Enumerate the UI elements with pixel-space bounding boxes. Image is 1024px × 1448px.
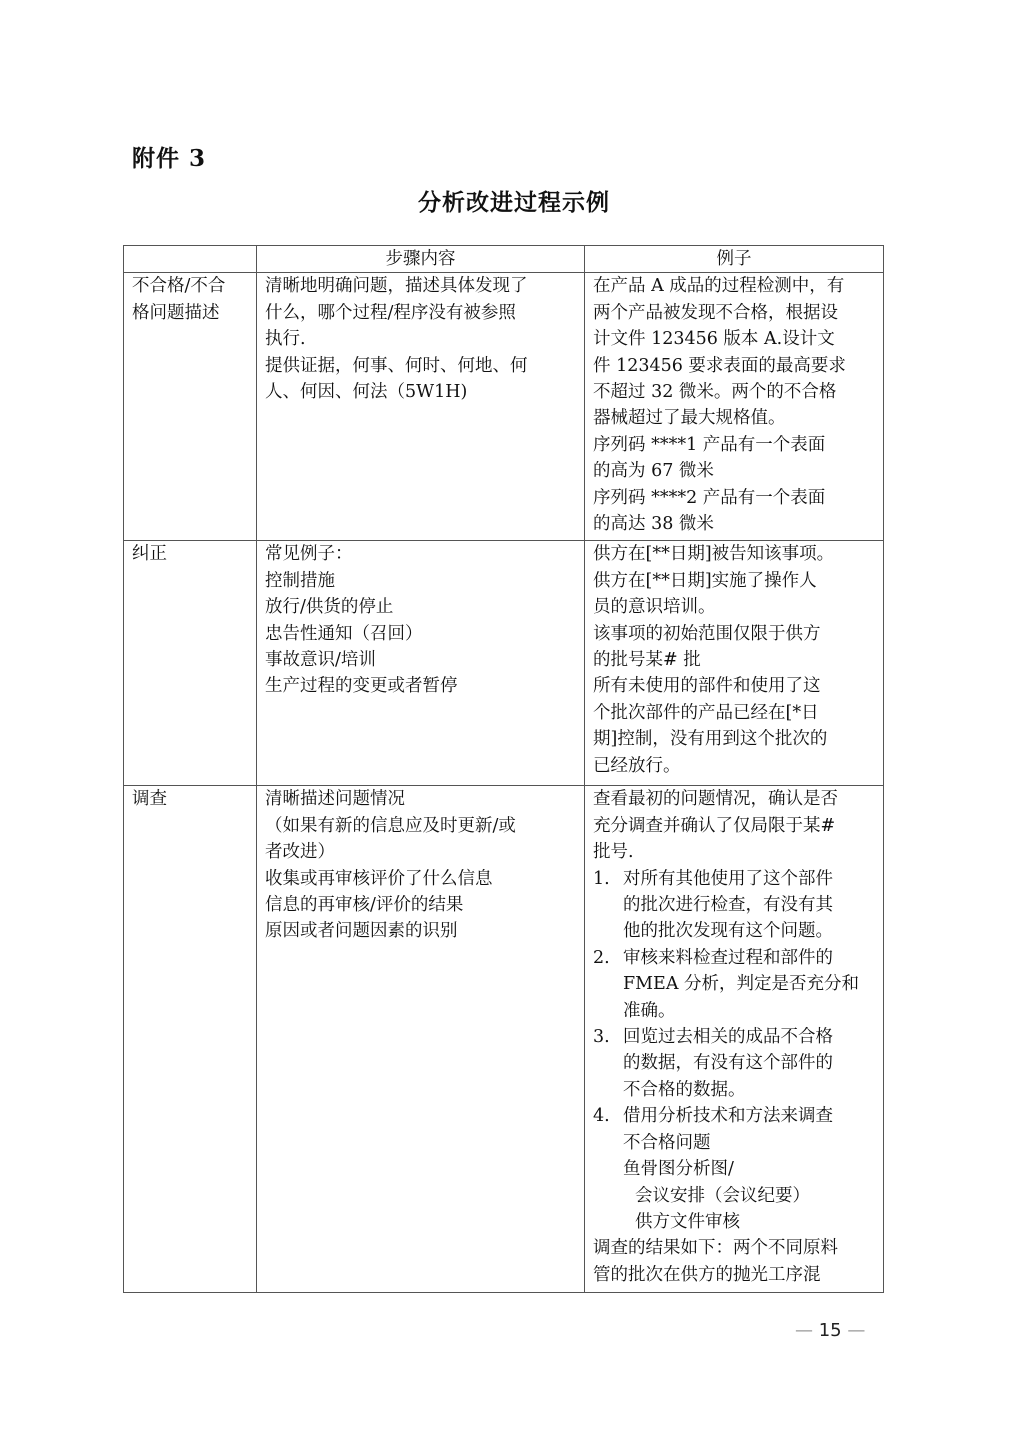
list-item-text: 对所有其他使用了这个部件 bbox=[623, 869, 833, 889]
example-line: 器械超过了最大规格值。 bbox=[593, 405, 875, 431]
content-line: 放行/供货的停止 bbox=[265, 594, 576, 620]
step-label-line: 纠正 bbox=[132, 541, 248, 567]
list-number: 1. bbox=[593, 866, 623, 892]
sub-item-text: 供方文件审核 bbox=[593, 1209, 875, 1235]
example-line: 不超过 32 微米。两个的不合格 bbox=[593, 379, 875, 405]
content-line: 什么，哪个过程/程序没有被参照 bbox=[265, 300, 576, 326]
list-item-text: 借用分析技术和方法来调查 bbox=[623, 1106, 833, 1126]
step-cell: 调查 bbox=[124, 786, 257, 1293]
table-row: 纠正 常见例子： 控制措施 放行/供货的停止 忠告性通知（召回） 事故意识/培训… bbox=[124, 541, 884, 786]
example-line: 充分调查并确认了仅局限于某# bbox=[593, 813, 875, 839]
content-line: 控制措施 bbox=[265, 568, 576, 594]
step-cell: 纠正 bbox=[124, 541, 257, 786]
content-line: 原因或者问题因素的识别 bbox=[265, 918, 576, 944]
list-item-text: 鱼骨图分析图/ bbox=[593, 1156, 875, 1182]
list-item-text: 他的批次发现有这个问题。 bbox=[593, 918, 875, 944]
table-row: 调查 清晰描述问题情况 （如果有新的信息应及时更新/或 者改进） 收集或再审核评… bbox=[124, 786, 884, 1293]
analysis-table: 步骤内容 例子 不合格/不合 格问题描述 清晰地明确问题，描述具体发现了 什么，… bbox=[123, 245, 884, 1293]
table-header-row: 步骤内容 例子 bbox=[124, 246, 884, 273]
page-number: — 15 — bbox=[795, 1320, 865, 1341]
content-cell: 常见例子： 控制措施 放行/供货的停止 忠告性通知（召回） 事故意识/培训 生产… bbox=[257, 541, 585, 786]
example-line: 个批次部件的产品已经在[*日 bbox=[593, 700, 875, 726]
content-line: 常见例子： bbox=[265, 541, 576, 567]
content-line: 执行. bbox=[265, 326, 576, 352]
document-title: 分析改进过程示例 bbox=[0, 184, 1024, 217]
example-cell: 供方在[**日期]被告知该事项。 供方在[**日期]实施了操作人 员的意识培训。… bbox=[585, 541, 884, 786]
example-line: 员的意识培训。 bbox=[593, 594, 875, 620]
content-line: 收集或再审核评价了什么信息 bbox=[265, 866, 576, 892]
column-header-content: 步骤内容 bbox=[257, 246, 585, 273]
example-line: 的高为 67 微米 bbox=[593, 458, 875, 484]
example-line: 供方在[**日期]实施了操作人 bbox=[593, 568, 875, 594]
step-label-line: 不合格/不合 bbox=[132, 273, 248, 299]
content-cell: 清晰描述问题情况 （如果有新的信息应及时更新/或 者改进） 收集或再审核评价了什… bbox=[257, 786, 585, 1293]
example-line: 查看最初的问题情况，确认是否 bbox=[593, 786, 875, 812]
content-line: 清晰地明确问题，描述具体发现了 bbox=[265, 273, 576, 299]
content-line: 者改进） bbox=[265, 839, 576, 865]
example-line: 所有未使用的部件和使用了这 bbox=[593, 673, 875, 699]
attachment-label: 附件 3 bbox=[132, 140, 206, 173]
list-number: 4. bbox=[593, 1103, 623, 1129]
table-row: 不合格/不合 格问题描述 清晰地明确问题，描述具体发现了 什么，哪个过程/程序没… bbox=[124, 273, 884, 541]
content-line: 信息的再审核/评价的结果 bbox=[265, 892, 576, 918]
example-line: 已经放行。 bbox=[593, 753, 875, 779]
example-line: 供方在[**日期]被告知该事项。 bbox=[593, 541, 875, 567]
step-cell: 不合格/不合 格问题描述 bbox=[124, 273, 257, 541]
list-item-text: 不合格的数据。 bbox=[593, 1077, 875, 1103]
content-line: 生产过程的变更或者暂停 bbox=[265, 673, 576, 699]
list-item-text: 的批次进行检查，有没有其 bbox=[593, 892, 875, 918]
column-header-example: 例子 bbox=[585, 246, 884, 273]
content-line: 提供证据，何事、何时、何地、何 bbox=[265, 353, 576, 379]
list-item-text: FMEA 分析，判定是否充分和 bbox=[593, 971, 875, 997]
step-label-line: 格问题描述 bbox=[132, 300, 248, 326]
example-line: 调查的结果如下：两个不同原料 bbox=[593, 1235, 875, 1261]
list-number: 2. bbox=[593, 945, 623, 971]
example-cell: 查看最初的问题情况，确认是否 充分调查并确认了仅局限于某# 批号. 1.对所有其… bbox=[585, 786, 884, 1293]
list-number: 3. bbox=[593, 1024, 623, 1050]
step-label-line: 调查 bbox=[132, 786, 248, 812]
list-item-text: 回览过去相关的成品不合格 bbox=[623, 1027, 833, 1047]
example-line: 期]控制，没有用到这个批次的 bbox=[593, 726, 875, 752]
page-dash-left: — bbox=[795, 1320, 813, 1341]
content-line: （如果有新的信息应及时更新/或 bbox=[265, 813, 576, 839]
example-line: 的高达 38 微米 bbox=[593, 511, 875, 537]
list-item-text: 不合格问题 bbox=[593, 1130, 875, 1156]
sub-item-text: 会议安排（会议纪要） bbox=[593, 1183, 875, 1209]
numbered-list-item: 2.审核来料检查过程和部件的 FMEA 分析，判定是否充分和 准确。 bbox=[593, 945, 875, 1024]
example-line: 计文件 123456 版本 A.设计文 bbox=[593, 326, 875, 352]
example-cell: 在产品 A 成品的过程检测中，有 两个产品被发现不合格，根据设 计文件 1234… bbox=[585, 273, 884, 541]
example-line: 的批号某# 批 bbox=[593, 647, 875, 673]
list-item-text: 审核来料检查过程和部件的 bbox=[623, 948, 833, 968]
numbered-list-item: 4.借用分析技术和方法来调查 不合格问题 鱼骨图分析图/ bbox=[593, 1103, 875, 1182]
example-line: 该事项的初始范围仅限于供方 bbox=[593, 621, 875, 647]
page-number-value: 15 bbox=[819, 1320, 842, 1341]
column-header-step bbox=[124, 246, 257, 273]
list-item-text: 准确。 bbox=[593, 998, 875, 1024]
example-line: 序列码 ****1 产品有一个表面 bbox=[593, 432, 875, 458]
numbered-list-item: 1.对所有其他使用了这个部件 的批次进行检查，有没有其 他的批次发现有这个问题。 bbox=[593, 866, 875, 945]
example-line: 序列码 ****2 产品有一个表面 bbox=[593, 485, 875, 511]
content-line: 忠告性通知（召回） bbox=[265, 621, 576, 647]
numbered-list-item: 3.回览过去相关的成品不合格 的数据，有没有这个部件的 不合格的数据。 bbox=[593, 1024, 875, 1103]
example-line: 管的批次在供方的抛光工序混 bbox=[593, 1262, 875, 1288]
page-dash-right: — bbox=[847, 1320, 865, 1341]
example-line: 批号. bbox=[593, 839, 875, 865]
content-line: 人、何因、何法（5W1H) bbox=[265, 379, 576, 405]
example-line: 在产品 A 成品的过程检测中，有 bbox=[593, 273, 875, 299]
content-line: 事故意识/培训 bbox=[265, 647, 576, 673]
content-line: 清晰描述问题情况 bbox=[265, 786, 576, 812]
example-line: 件 123456 要求表面的最高要求 bbox=[593, 353, 875, 379]
example-line: 两个产品被发现不合格，根据设 bbox=[593, 300, 875, 326]
content-cell: 清晰地明确问题，描述具体发现了 什么，哪个过程/程序没有被参照 执行. 提供证据… bbox=[257, 273, 585, 541]
list-item-text: 的数据，有没有这个部件的 bbox=[593, 1050, 875, 1076]
